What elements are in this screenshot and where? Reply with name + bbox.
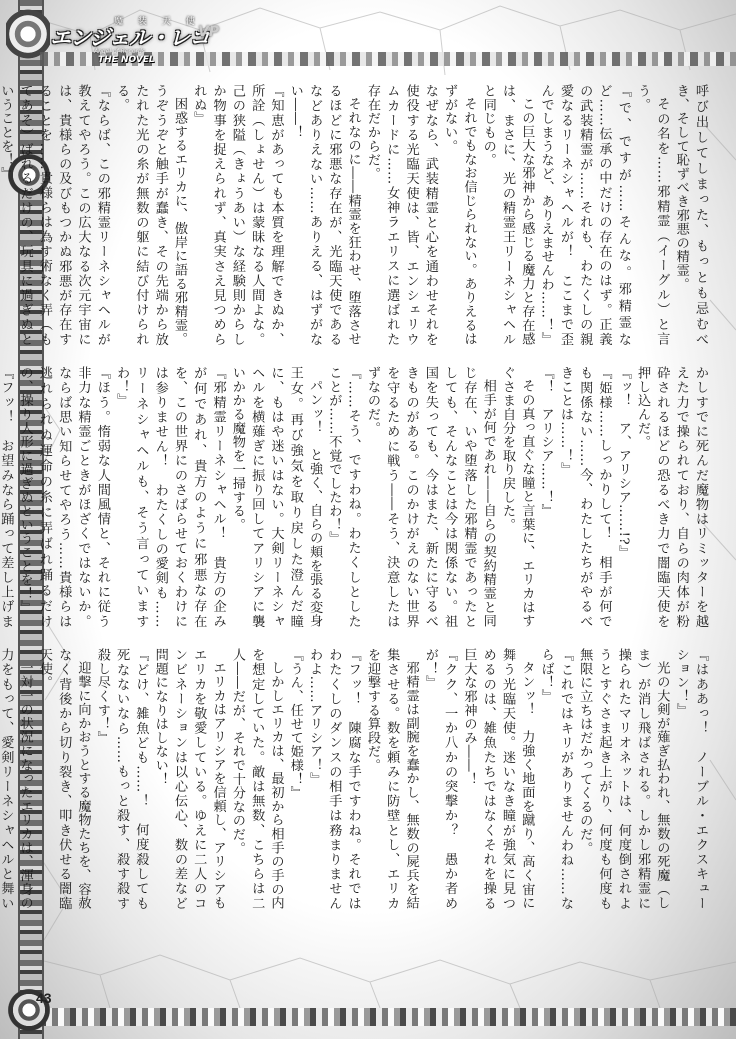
dialogue: 『うん、任せて姫様！』: [285, 648, 304, 910]
logo-edition: THE NOVEL: [98, 55, 155, 65]
dialogue: 『ならば、この邪精霊リーネシャヘルが教えてやろう。この広大なる次元宇宙には、貴様…: [0, 84, 112, 346]
dialogue: 『これではキリがありませんわね……ならば！』: [536, 648, 575, 910]
page-number: 43: [36, 990, 52, 1006]
paragraph: タンッ！ 力強く地面を蹴り、高く宙に舞う光臨天使。迷いなき瞳が強気に見つめるのは…: [459, 648, 536, 910]
paragraph: 困惑するエリカに、傲岸に語る邪精霊。うぞうぞと触手が蠢き、その先端から放たれた光…: [112, 84, 189, 346]
dialogue: 『どけ、雑魚ども……！ 何度殺しても死なないなら……もっと殺す、殺す殺す殺し尽く…: [93, 648, 151, 910]
dialogue: 『で、ですが……そんな。邪精霊など……伝承の中だけの存在のはず。正義の武装精霊が…: [536, 84, 632, 346]
paragraph: かしすでに死んだ魔物はリミッターを越えた力で操られており、自らの肉体が粉砕される…: [633, 366, 710, 628]
dialogue: 『……そう、ですわね。わたくしとしたことが……不覚でしたわ！』: [324, 366, 363, 628]
dialogue: 『知恵があっても本質を理解できぬか、所詮（しょせん）は蒙昧なる人間よな。己の狭隘…: [189, 84, 285, 346]
text-tier-middle: かしすでに死んだ魔物はリミッターを越えた力で操られており、自らの肉体が粉砕される…: [30, 366, 710, 628]
paragraph: なぜなら、武装精霊と心を通わせそれを使役する光臨天使は、皆、エンシェリウムカード…: [363, 84, 440, 346]
paragraph: 光の大剣が薙ぎ払われ、無数の死魔（しま）が消し飛ばされる。しかし邪精霊に操られた…: [575, 648, 671, 910]
text-tier-top: 呼び出してしまった、もっとも忌むべき、そして恥ずべき邪悪の精霊。 その名を……邪…: [30, 84, 710, 346]
paragraph: 迎撃に向かおうとする魔物たちを、容赦なく背後から切り裂き、叩き伏せる闇臨天使。: [35, 648, 93, 910]
paragraph: しかしエリカは、最初から相手の手の内を想定していた。敵は無数、こちらは二人――だ…: [228, 648, 286, 910]
paragraph: 邪精霊は副腕を蠢かし、無数の屍兵を結集させる。数を頼みに防壁とし、エリカを迎撃す…: [363, 648, 421, 910]
paragraph: パンッ！ と強く、自らの頬を張る変身王女。再び強気を取り戻した澄んだ瞳に、もはや…: [228, 366, 324, 628]
paragraph: 呼び出してしまった、もっとも忌むべき、そして恥ずべき邪悪の精霊。: [671, 84, 710, 346]
paragraph: 相手が何であれ――自らの契約精霊と同じ存在、いや堕落した邪精霊であったとしても、…: [363, 366, 498, 628]
paragraph: それなのに――精霊を狂わせ、堕落させるほどに邪悪な存在が、光臨天使であるなどあり…: [285, 84, 362, 346]
dialogue: 『フッ！ お望みなら踊って差し上げますわ。ただし、今宵のダンスは激しいものになり…: [0, 366, 15, 628]
dialogue: 『ッ！ ア、アリシア……!?』: [614, 366, 633, 628]
dialogue: 『クク、一か八かの突撃か？ 愚か者めが！』: [421, 648, 460, 910]
series-logo: 魔 装 天 使 エンジェル・レコ VP Angel of Records THE…: [50, 14, 210, 70]
paragraph: その真っ直ぐな瞳と言葉に、エリカはすぐさま自分を取り戻した。: [498, 366, 537, 628]
paragraph: その名を……邪精霊（イーグル）と言う。: [633, 84, 672, 346]
dialogue: 『ほう。惰弱な人間風情と、それに従う非力な精霊ごときがほざくではないか。ならば思…: [15, 366, 111, 628]
dialogue: 『フッ！ 陳腐な手ですわね。それではわたくしのダンスの相手は務まりませんわよ………: [305, 648, 363, 910]
dialogue: 『はああっ！ ノーブル・エクスキューション！』: [671, 648, 710, 910]
logo-subtitle: Angel of Records: [94, 48, 145, 55]
paragraph: それでもなお信じられない。ありえるはずがない。: [440, 84, 479, 346]
paragraph: エリカはアリシアを信頼し、アリシアもエリカを敬愛している。ゆえに二人のコンビネー…: [150, 648, 227, 910]
dialogue: 『邪精霊リーネシャヘル！ 貴方の企みが何であれ、貴方のように邪悪な存在を、この世…: [112, 366, 228, 628]
dialogue: 『姫様……しっかりして！ 相手が何でも関係ない……今、わたしたちがやるべきことは…: [556, 366, 614, 628]
text-tier-bottom: 『はああっ！ ノーブル・エクスキューション！』 光の大剣が薙ぎ払われ、無数の死魔…: [30, 648, 710, 910]
paragraph: 一対一の状況になったエリカは、渾身の力をもって、愛剣リーネシャヘルと舞い踊る――…: [0, 648, 35, 910]
dialogue: 『！ アリシア……！』: [536, 366, 555, 628]
logo-version-mark: VP: [198, 24, 219, 40]
bottom-border-band: [40, 1008, 736, 1026]
paragraph: この巨大な邪神から感じる魔力と存在感は、まさに、光の精霊王リーネシャヘルと同じも…: [478, 84, 536, 346]
